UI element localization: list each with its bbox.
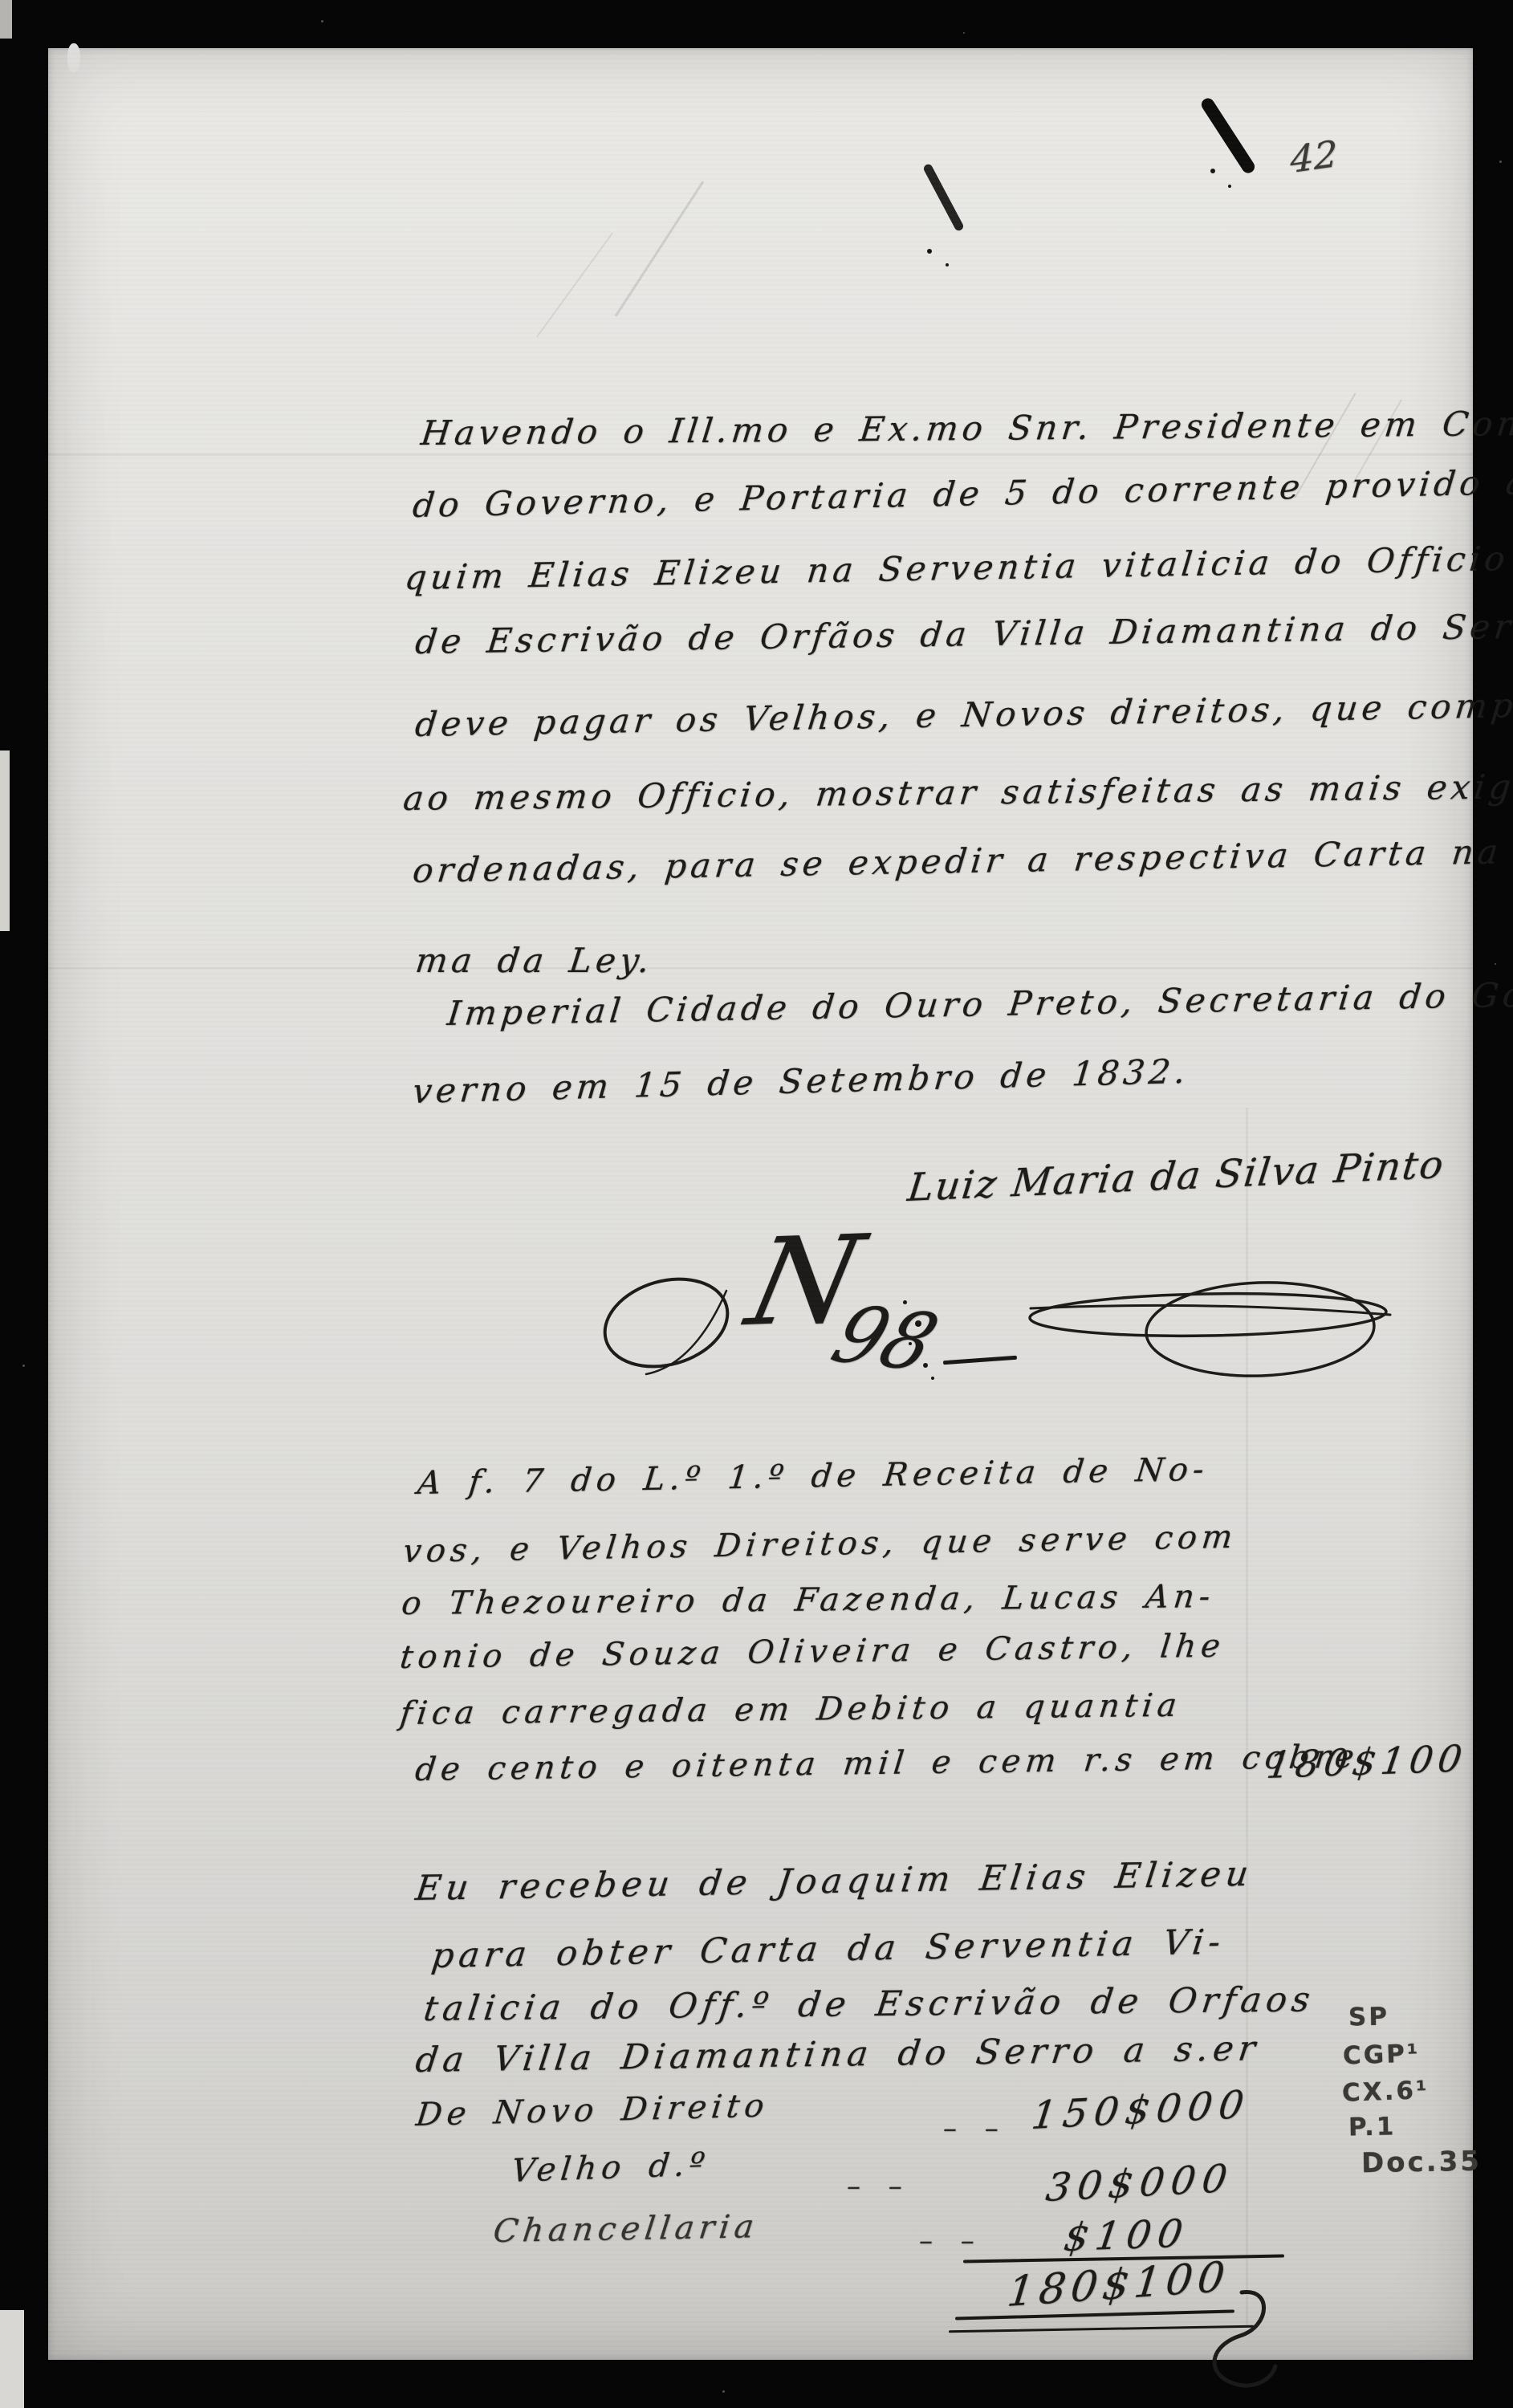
manuscript-line: ao mesmo Officio, mostrar satisfeitas as… [401,766,1513,818]
manuscript-line: de Escrivão de Orfãos da Villa Diamantin… [413,606,1513,661]
fee-row-label: Velho d.º [510,2146,711,2190]
manuscript-line: tonio de Souza Oliveira e Castro, lhe [398,1628,1226,1676]
fee-row-dashes: – – [847,2170,912,2203]
dust-speck [722,2390,725,2393]
manuscript-line: fica carregada em Debito a quantia [398,1687,1183,1732]
manuscript-line: vos, e Velhos Direitos, que serve com [401,1519,1239,1570]
manuscript-line: talicia do Off.º de Escrivão de Orfaos [421,1979,1317,2029]
registry-flourish-icon [598,1268,742,1389]
manuscript-line: Havendo o Ill.mo e Ex.mo Snr. Presidente… [419,403,1513,453]
pencil-scratch [615,181,704,316]
archive-stamp-line: P.1 [1348,2112,1397,2142]
manuscript-line: o Thezoureiro da Fazenda, Lucas An- [400,1578,1217,1622]
manuscript-line: de cento e oitenta mil e cem r.s em cobr… [413,1739,1360,1788]
fee-row-value: 30$000 [1043,2156,1236,2211]
ink-splatter [909,1342,912,1345]
dust-speck [321,20,323,22]
fee-row-dashes: – – [919,2225,984,2257]
fee-row-value: $100 [1061,2211,1192,2260]
signature-flourish-icon [1019,1252,1397,1381]
ink-splatter [923,1363,928,1368]
ink-speck [1210,169,1215,173]
archive-stamp-line: SP [1348,2003,1390,2032]
registry-dash [943,1356,1017,1365]
manuscript-line: ma da Ley. [413,941,656,980]
ink-speck [927,249,932,254]
ink-smudge [1199,96,1257,175]
folio-number: 42 [1290,132,1338,181]
dust-speck [963,32,965,34]
manuscript-line: da Villa Diamantina do Serro a s.er [413,2028,1263,2081]
manuscript-line: para obter Carta da Serventia Vi- [429,1922,1227,1976]
manuscript-line: deve pagar os Velhos, e Novos direitos, … [413,684,1513,744]
manuscript-line: verno em 15 de Setembro de 1832. [411,1051,1191,1111]
manuscript-line: quim Elias Elizeu na Serventia vitalicia… [403,539,1511,597]
paper-corner-tab [67,43,80,72]
ink-speck [1228,185,1231,188]
ink-splatter [931,1377,934,1380]
scanner-edge-sliver [0,2310,24,2408]
fee-row-label: Chancellaria [491,2208,761,2250]
manuscript-line: Imperial Cidade do Ouro Preto, Secretari… [445,974,1513,1033]
manuscript-line: do Governo, e Portaria de 5 do corrente … [411,460,1513,525]
manuscript-line: Eu recebeu de Joaquim Elias Elizeu [413,1854,1255,1909]
ink-splatter [903,1300,907,1304]
archive-stamp-line: CGP¹ [1342,2039,1421,2070]
archive-stamp-line: Doc.35 [1361,2146,1482,2180]
pencil-scratch [536,233,613,338]
scanned-manuscript-page: { "colors": { "paper": "#e4e3e0", "ink":… [0,0,1513,2408]
scanner-edge-sliver [0,750,10,931]
ink-splatter [915,1320,921,1327]
fee-row-value: 150$000 [1029,2082,1253,2138]
archive-stamp-line: CX.6¹ [1341,2076,1430,2108]
scanner-edge-sliver [0,0,12,39]
signature: Luiz Maria da Silva Pinto [905,1142,1447,1210]
manuscript-line: ordenadas, para se expedir a respectiva … [411,830,1513,890]
ink-smudge [922,163,965,232]
debit-amount: 180$100 [1264,1736,1470,1787]
ink-speck [946,263,949,266]
dust-speck [22,1365,25,1367]
paper-crease [48,454,1473,456]
manuscript-paper: 42 Havendo o Ill.mo e Ex.mo Snr. Preside… [48,48,1473,2360]
fee-row-label: De Novo Direito [414,2088,771,2133]
paper-crease [48,967,1473,969]
manuscript-line: A f. 7 do L.º 1.º de Receita de No- [416,1451,1210,1502]
fee-row-dashes: – – [943,2113,1008,2145]
dust-speck [1495,963,1496,965]
rubrica-flourish-icon [1192,2288,1296,2404]
dust-speck [1499,161,1502,163]
